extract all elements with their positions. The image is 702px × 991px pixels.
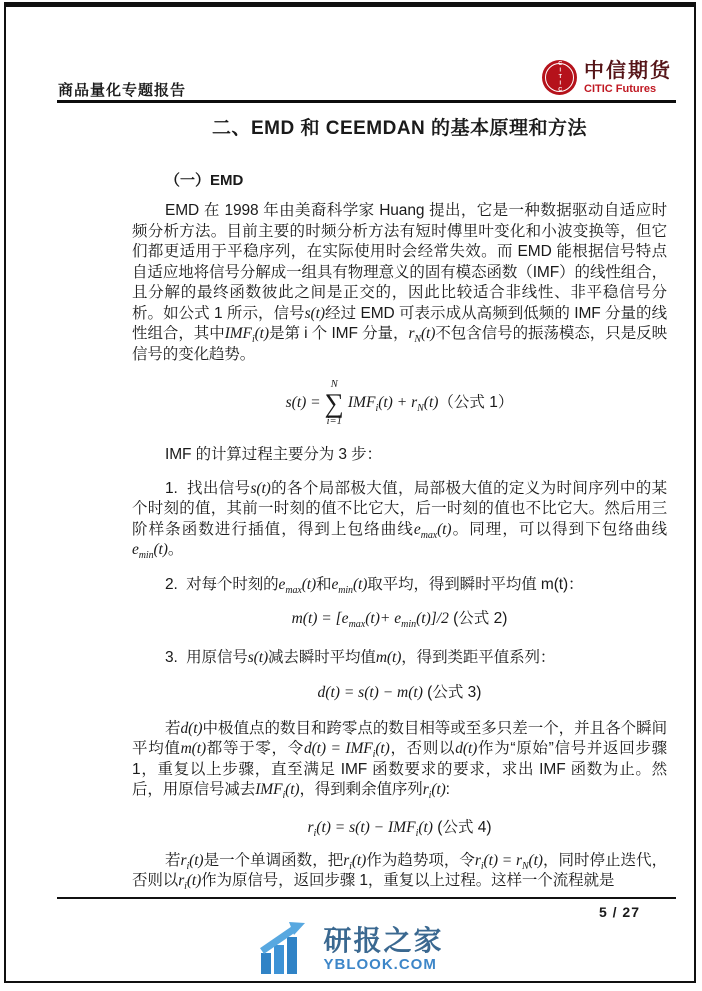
section-heading: （一）EMD <box>165 171 667 191</box>
steps-intro: IMF 的计算过程主要分为 3 步： <box>132 445 667 466</box>
formula-2: m(t) = [emax(t)+ emin(t)]/2 (公式 2) <box>132 608 667 630</box>
watermark-site-name: 研报之家 <box>323 926 443 956</box>
brand-name-cn: 中信期货 <box>584 60 672 82</box>
citic-futures-logo: CITIC 中信期货 CITIC Futures <box>542 60 672 95</box>
page-title: 二、EMD 和 CEEMDAN 的基本原理和方法 <box>132 116 667 141</box>
footer-rule <box>57 897 676 899</box>
formula-1-rhs: IMFi(t) + rN(t)（公式 1） <box>348 392 513 414</box>
summation-lower-limit: i=1 <box>327 416 342 427</box>
watermark-chart-icon <box>258 922 314 976</box>
emblem-ring <box>545 63 574 92</box>
formula-1: s(t) = N ∑ i=1 IMFi(t) + rN(t)（公式 1） <box>132 376 667 430</box>
step-item-1: 1. 找出信号s(t)的各个局部极大值，局部极大值的定义为时间序列中的某个时刻的… <box>132 479 667 561</box>
document-body: 二、EMD 和 CEEMDAN 的基本原理和方法 （一）EMD EMD 在 19… <box>132 112 667 892</box>
paragraph-residual-trend: 若ri(t)是一个单调函数，把ri(t)作为趋势项，令ri(t) = rN(t)… <box>132 851 667 892</box>
formula-3: d(t) = s(t) − m(t) (公式 3) <box>132 682 667 704</box>
formula-1-lhs: s(t) = <box>286 392 321 414</box>
page: 商品量化专题报告 CITIC 中信期货 CITIC Futures 二、EMD … <box>0 0 702 991</box>
brand-name-en: CITIC Futures <box>584 83 656 95</box>
page-number: 5 / 27 <box>599 904 640 920</box>
report-type-label: 商品量化专题报告 <box>58 79 186 100</box>
watermark: 研报之家 YBLOOK.COM <box>0 922 702 976</box>
summation-symbol: N ∑ i=1 <box>325 379 344 427</box>
header-rule <box>57 100 676 103</box>
formula-4: ri(t) = s(t) − IMFi(t) (公式 4) <box>132 817 667 839</box>
watermark-site-url: YBLOOK.COM <box>323 956 436 973</box>
paragraph-emd-intro: EMD 在 1998 年由美裔科学家 Huang 提出，它是一种数据驱动自适应时… <box>132 201 667 365</box>
step-item-3: 3. 用原信号s(t)减去瞬时平均值m(t)，得到类距平值系列： <box>132 648 667 669</box>
paragraph-imf-condition: 若d(t)中极值点的数目和跨零点的数目相等或至多只差一个，并且各个瞬间平均值m(… <box>132 719 667 801</box>
sigma-icon: ∑ <box>325 390 344 416</box>
citic-emblem-icon: CITIC <box>542 60 577 95</box>
step-item-2: 2. 对每个时刻的emax(t)和emin(t)取平均，得到瞬时平均值 m(t)… <box>132 575 667 596</box>
